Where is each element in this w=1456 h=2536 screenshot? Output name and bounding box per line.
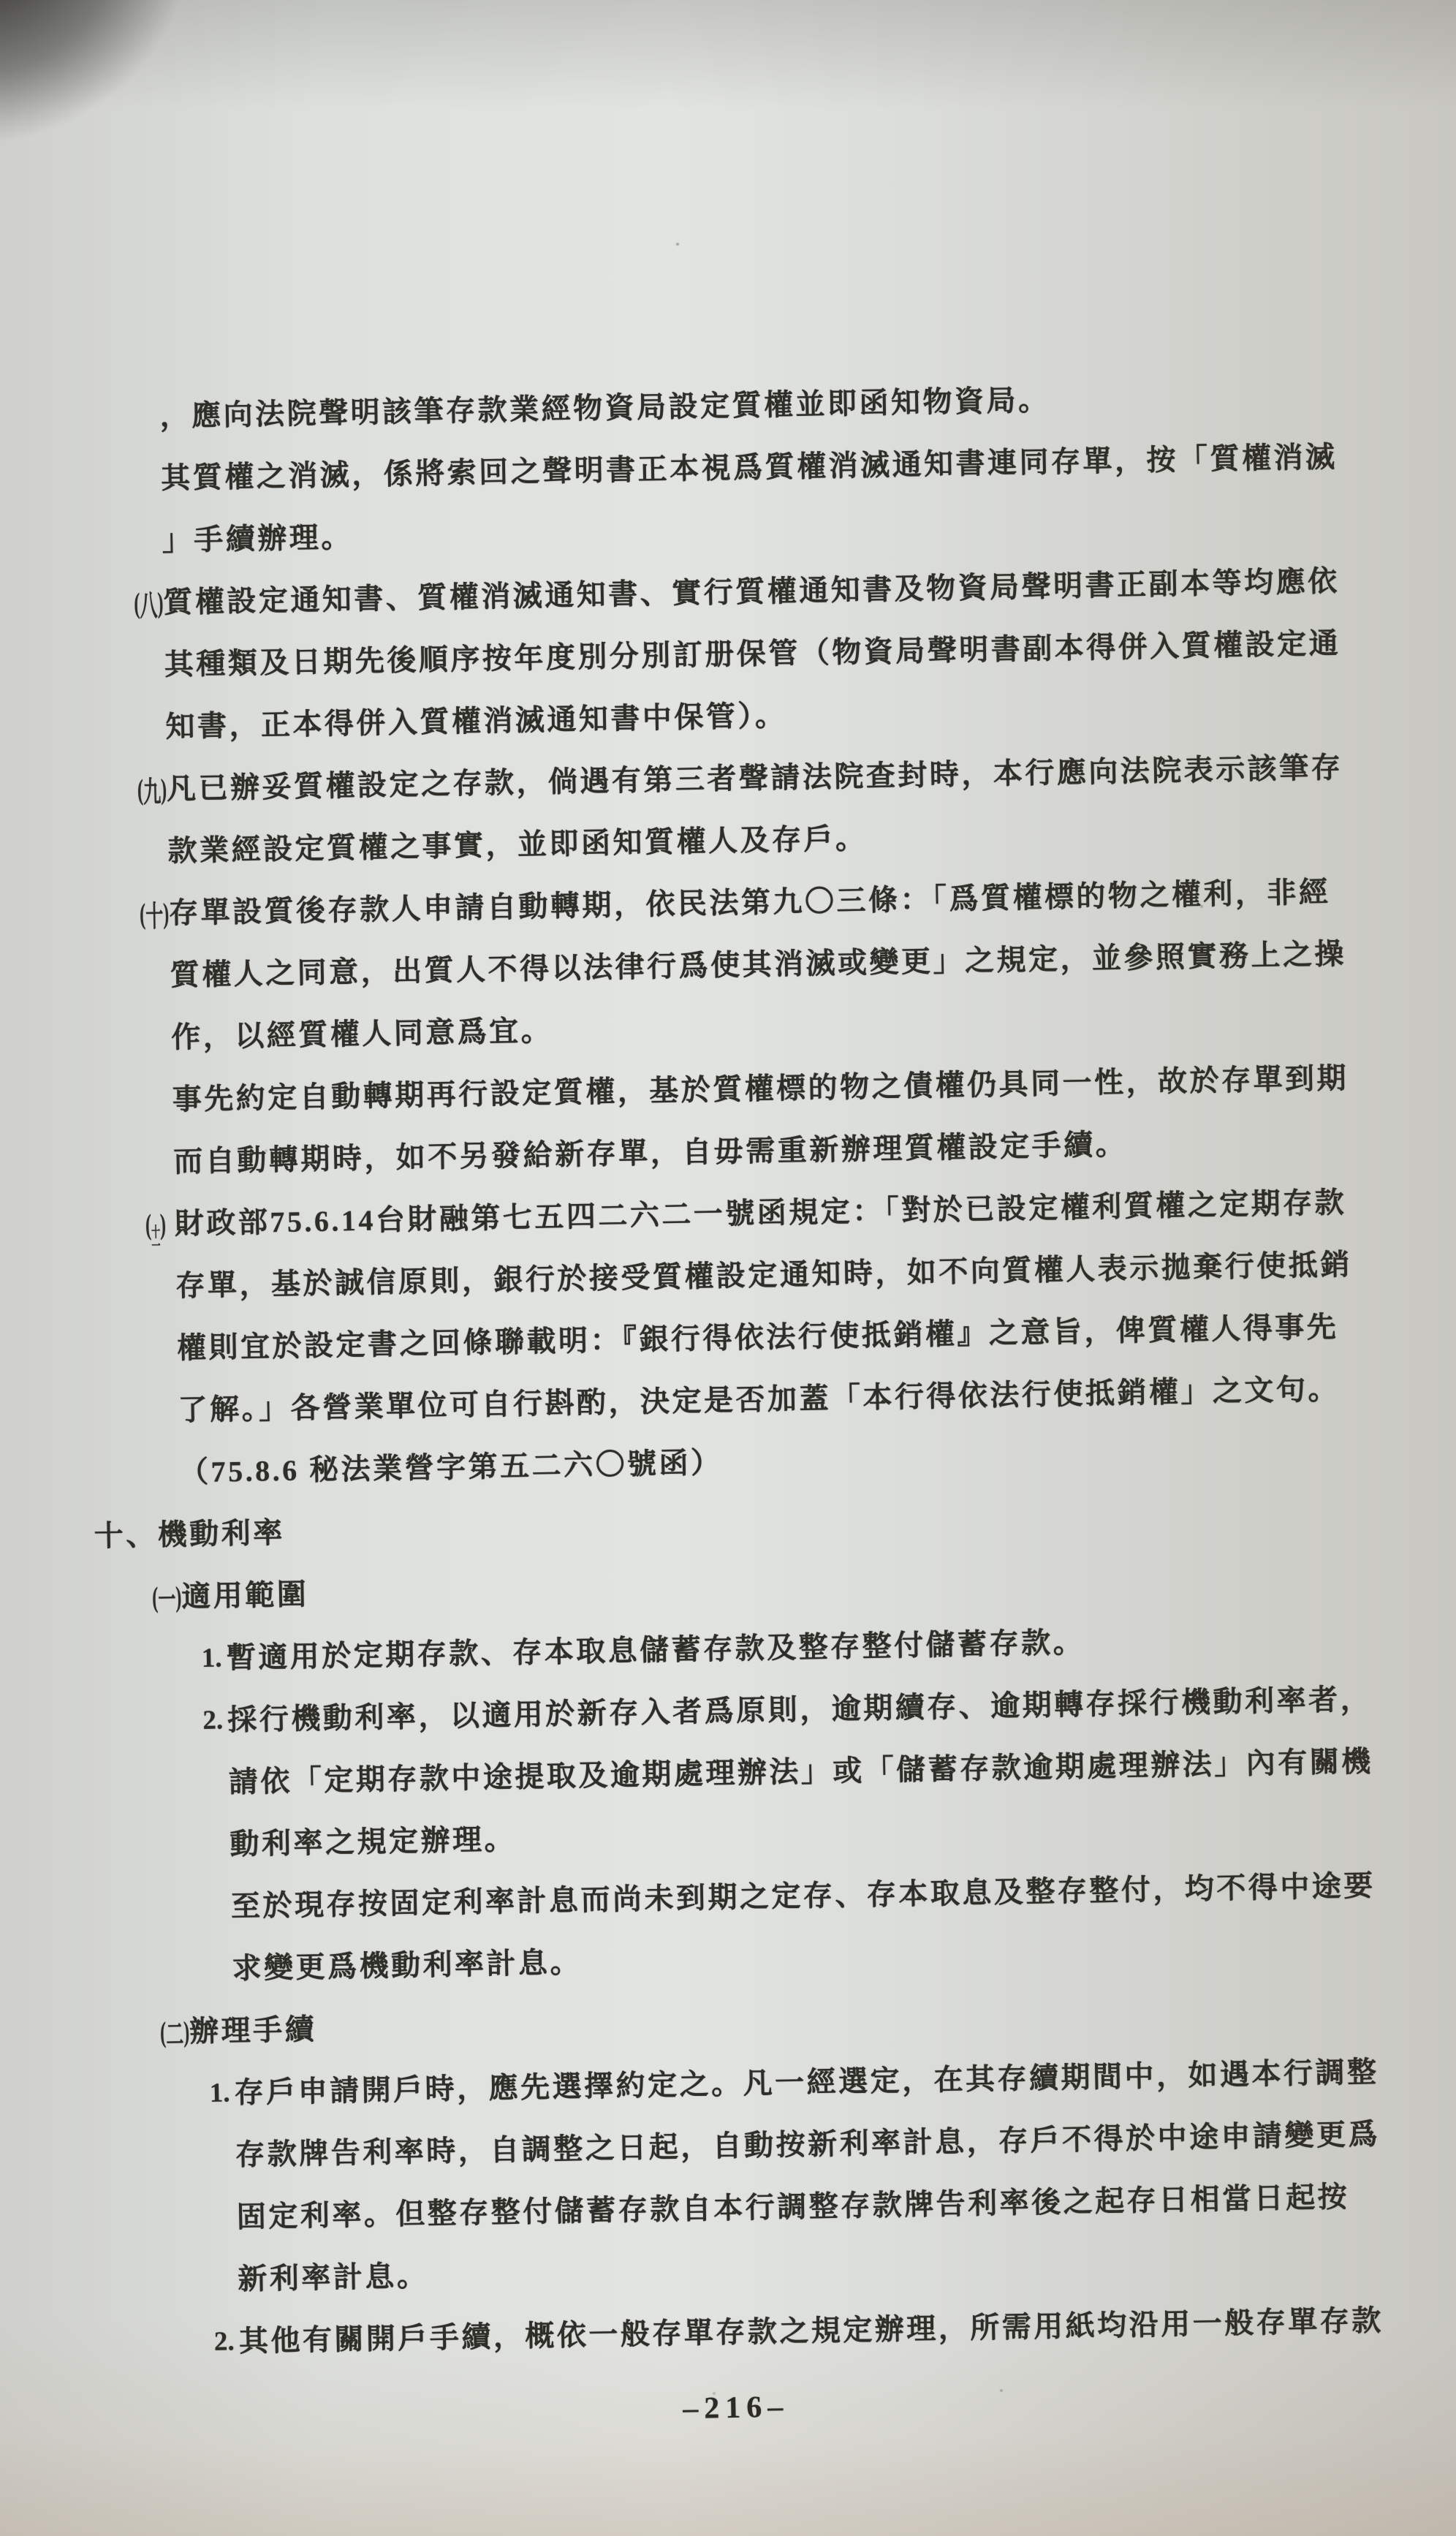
text-line: (十)存單設質後存款人申請自動轉期，依民法第九〇三條：「爲質權標的物之權利，非經 — [140, 876, 1331, 934]
text-line: 其種類及日期先後順序按年度別分別訂册保管（物資局聲明書副本得併入質權設定通 — [164, 627, 1341, 681]
line-text: 存戶申請開戶時，應先選擇約定之。凡一經選定，在其存續期間中，如遇本行調整 — [234, 2056, 1379, 2110]
text-line: 質權人之同意，出質人不得以法律行爲使其消滅或變更」之規定，並參照實務上之操 — [170, 937, 1346, 992]
list-marker: (八) — [134, 586, 152, 623]
line-text: ，應向法院聲明該筆存款業經物資局設定質權並即函知物資局。 — [159, 383, 1050, 432]
line-text: 」手續辦理。 — [162, 521, 353, 557]
text-line: (八)質權設定通知書、質權消滅通知書、實行質權通知書及物資局聲明書正副本等均應依 — [134, 564, 1340, 623]
text-line: (十一)財政部75.6.14台財融第七五四二六二一號函規定：「對於已設定權利質權… — [145, 1186, 1347, 1254]
line-text: 款業經設定質權之事實，並即函知質權人及存戶。 — [167, 822, 868, 868]
line-text: 事先約定自動轉期再行設定質權，基於質權標的物之債權仍具同一性，故於存單到期 — [172, 1061, 1349, 1116]
line-text: 了解。」各營業單位可自行斟酌，決定是否加蓋「本行得依法行使抵銷權」之文句。 — [178, 1372, 1340, 1426]
text-line: 動利率之規定辦理。 — [230, 1822, 516, 1861]
list-marker: (十) — [140, 897, 158, 934]
text-line: 存款牌告利率時，自調整之日起，自動按新利率計息，存戶不得於中途申請變更爲 — [235, 2118, 1381, 2173]
text-line: 權則宜於設定書之回條聯載明：『銀行得依法行使抵銷權』之意旨，俾質權人得事先 — [177, 1310, 1339, 1365]
text-line: 其質權之消滅，係將索回之聲明書正本視爲質權消滅通知書連同存單，按「質權消滅 — [161, 440, 1338, 495]
line-text: 十、機動利率 — [94, 1516, 285, 1553]
list-marker: (十一) — [145, 1208, 164, 1254]
list-number: 2. — [214, 2325, 240, 2359]
text-line: (九)凡已辦妥質權設定之存款，倘遇有第三者聲請法院查封時，本行應向法院表示該筆存 — [137, 751, 1343, 809]
text-line: 知書，正本得併入質權消滅通知書中保管）。 — [165, 699, 787, 744]
line-text: 存單設質後存款人申請自動轉期，依民法第九〇三條：「爲質權標的物之權利，非經 — [169, 876, 1331, 930]
list-marker: (一) — [152, 1581, 170, 1617]
line-text: 至於現存按固定利率計息而尚未到期之定存、存本取息及整存整付，均不得中途要 — [231, 1869, 1376, 1923]
dust-specks — [0, 0, 3, 3]
line-text: 其他有關開戶手續，概依一般存單存款之規定辦理，所需用紙均沿用一般存單存款 — [239, 2304, 1384, 2358]
line-text: 其種類及日期先後順序按年度別分別訂册保管（物資局聲明書副本得併入質權設定通 — [164, 627, 1341, 681]
text-line: 2.其他有關開戶手續，概依一般存單存款之規定辦理，所需用紙均沿用一般存單存款 — [214, 2304, 1384, 2359]
text-line: 存單，基於誠信原則，銀行於接受質權設定通知時，如不向質權人表示拋棄行使抵銷 — [175, 1248, 1352, 1303]
line-text: 知書，正本得併入質權消滅通知書中保管）。 — [165, 699, 787, 743]
line-text: 質權設定通知書、質權消滅通知書、實行質權通知書及物資局聲明書正副本等均應依 — [163, 564, 1340, 618]
line-text: 凡已辦妥質權設定之存款，倘遇有第三者聲請法院查封時，本行應向法院表示該筆存 — [167, 751, 1343, 805]
text-line: 1.存戶申請開戶時，應先選擇約定之。凡一經選定，在其存續期間中，如遇本行調整 — [209, 2056, 1379, 2111]
text-line: 款業經設定質權之事實，並即函知質權人及存戶。 — [167, 822, 868, 868]
page-content: ，應向法院聲明該筆存款業經物資局設定質權並即函知物資局。其質權之消滅，係將索回之… — [0, 0, 1456, 2536]
text-line: (一)適用範圍 — [152, 1578, 309, 1617]
text-line: (二)辦理手續 — [160, 2013, 317, 2052]
list-marker: (二) — [160, 2015, 178, 2052]
text-line: 十、機動利率 — [94, 1516, 285, 1553]
line-text: 財政部75.6.14台財融第七五四二六二一號函規定：「對於已設定權利質權之定期存… — [175, 1186, 1347, 1240]
page-number: –216– — [683, 2389, 789, 2426]
text-line: 而自動轉期時，如不另發給新存單，自毋需重新辦理質權設定手續。 — [173, 1128, 1128, 1179]
line-text: 而自動轉期時，如不另發給新存單，自毋需重新辦理質權設定手續。 — [173, 1128, 1128, 1178]
text-line: 至於現存按固定利率計息而尚未到期之定存、存本取息及整存整付，均不得中途要 — [231, 1869, 1376, 1924]
line-text: 作，以經質權人同意爲宜。 — [171, 1014, 553, 1054]
line-text: 存單，基於誠信原則，銀行於接受質權設定通知時，如不向質權人表示拋棄行使抵銷 — [175, 1248, 1352, 1302]
text-line: ，應向法院聲明該筆存款業經物資局設定質權並即函知物資局。 — [159, 383, 1050, 433]
text-line: 作，以經質權人同意爲宜。 — [171, 1014, 553, 1055]
text-line: 請依「定期存款中途提取及逾期處理辦法」或「儲蓄存款逾期處理辦法」內有關機 — [229, 1745, 1374, 1800]
text-line: 事先約定自動轉期再行設定質權，基於質權標的物之債權仍具同一性，故於存單到期 — [172, 1061, 1349, 1116]
line-text: 其質權之消滅，係將索回之聲明書正本視爲質權消滅通知書連同存單，按「質權消滅 — [161, 440, 1338, 494]
line-text: 存款牌告利率時，自調整之日起，自動按新利率計息，存戶不得於中途申請變更爲 — [235, 2118, 1381, 2172]
list-number: 1. — [209, 2076, 235, 2111]
line-text: 請依「定期存款中途提取及逾期處理辦法」或「儲蓄存款逾期處理辦法」內有關機 — [229, 1745, 1374, 1799]
text-line: 固定利率。但整存整付儲蓄存款自本行調整存款牌告利率後之起存日相當日起按 — [236, 2180, 1349, 2234]
text-line: 新利率計息。 — [238, 2259, 429, 2296]
line-text: 動利率之規定辦理。 — [230, 1822, 516, 1861]
text-line: 求變更爲機動利率計息。 — [232, 1946, 582, 1986]
list-number: 1. — [201, 1641, 227, 1676]
line-text: 辦理手續 — [189, 2013, 317, 2048]
text-line: （75.8.6 秘法業營字第五二六〇號函） — [179, 1446, 723, 1490]
list-number: 2. — [202, 1703, 228, 1738]
line-text: 新利率計息。 — [238, 2259, 429, 2295]
list-marker: (九) — [137, 773, 156, 809]
text-line: 了解。」各營業單位可自行斟酌，決定是否加蓋「本行得依法行使抵銷權」之文句。 — [178, 1372, 1340, 1427]
line-text: 固定利率。但整存整付儲蓄存款自本行調整存款牌告利率後之起存日相當日起按 — [236, 2180, 1349, 2233]
text-line: 1.暫適用於定期存款、存本取息儲蓄存款及整存整付儲蓄存款。 — [201, 1626, 1085, 1676]
line-text: 採行機動利率，以適用於新存入者爲原則，逾期續存、逾期轉存採行機動利率者， — [227, 1683, 1373, 1737]
scanned-page: ，應向法院聲明該筆存款業經物資局設定質權並即函知物資局。其質權之消滅，係將索回之… — [0, 0, 1456, 2536]
line-text: 暫適用於定期存款、存本取息儲蓄存款及整存整付儲蓄存款。 — [226, 1626, 1085, 1675]
line-text: （75.8.6 秘法業營字第五二六〇號函） — [179, 1446, 723, 1489]
line-text: 權則宜於設定書之回條聯載明：『銀行得依法行使抵銷權』之意旨，俾質權人得事先 — [177, 1310, 1339, 1364]
line-text: 質權人之同意，出質人不得以法律行爲使其消滅或變更」之規定，並參照實務上之操 — [170, 937, 1346, 991]
line-text: 適用範圍 — [181, 1578, 309, 1613]
text-line: 2.採行機動利率，以適用於新存入者爲原則，逾期續存、逾期轉存採行機動利率者， — [202, 1683, 1373, 1738]
line-text: 求變更爲機動利率計息。 — [232, 1946, 582, 1986]
text-line: 」手續辦理。 — [162, 521, 353, 558]
